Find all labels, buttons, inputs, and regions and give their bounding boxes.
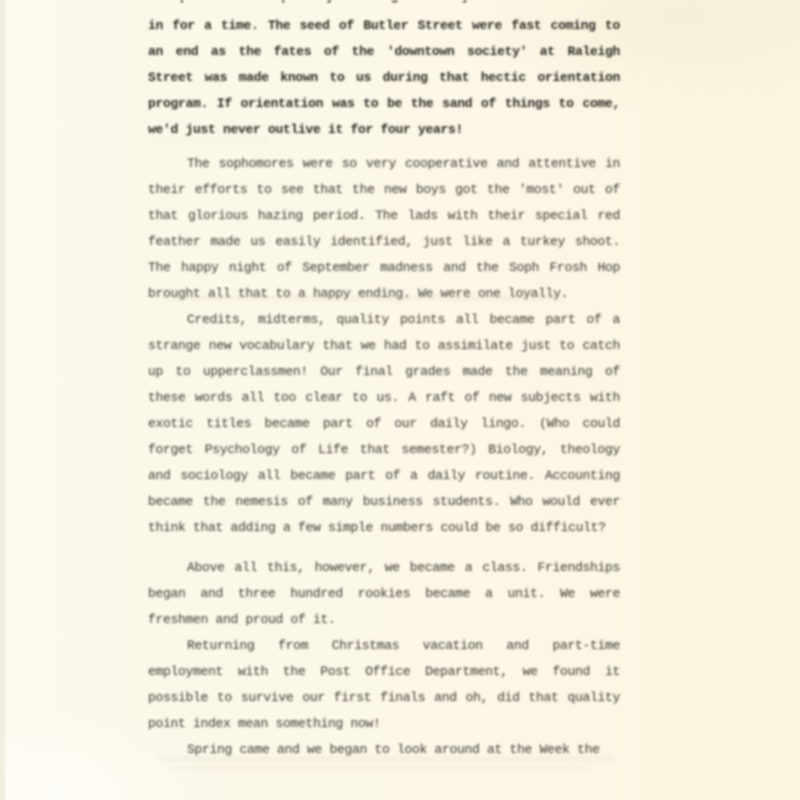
clipped-top-text: had provided the privacy we longed for b… (148, 0, 620, 7)
show-through-mark (150, 138, 270, 142)
paragraph: Credits, midterms, quality points all be… (148, 307, 620, 541)
page-text-column: had provided the privacy we longed for b… (148, 0, 620, 763)
scan-left-edge (0, 0, 7, 800)
scanned-page: had provided the privacy we longed for b… (0, 0, 800, 800)
show-through-mark (170, 766, 590, 770)
paragraph: Returning from Christmas vacation and pa… (148, 633, 620, 737)
show-through-mark (160, 296, 560, 300)
paragraph: Above all this, however, we became a cla… (148, 555, 620, 633)
paragraph: in for a time. The seed of Butler Street… (148, 13, 620, 143)
show-through-mark (158, 757, 613, 761)
clipped-top-text-line: had provided the privacy we longed for b… (148, 0, 620, 7)
paragraph: The sophomores were so very cooperative … (148, 151, 620, 307)
